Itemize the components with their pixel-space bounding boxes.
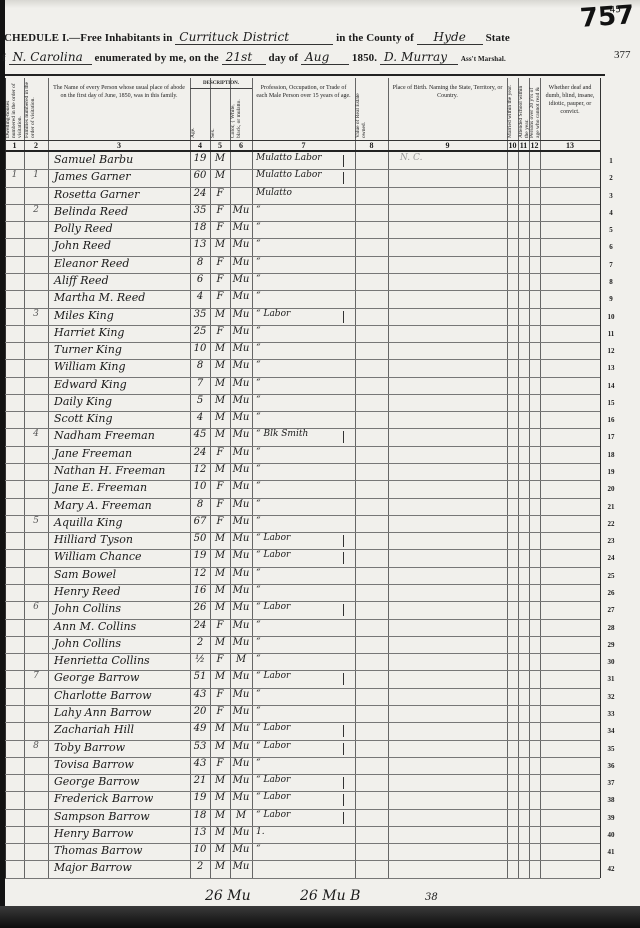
person-name: Toby Barrow <box>54 741 190 754</box>
column-number-5: 5 <box>210 141 230 150</box>
line-number: 38 <box>600 796 622 804</box>
person-name: Jane E. Freeman <box>54 481 190 494</box>
table-row: Edward King7MMu“ <box>5 377 600 394</box>
occupation-value: “ <box>256 758 355 768</box>
tally-mark <box>343 311 344 323</box>
footer-tally-3: 38 <box>425 892 438 903</box>
color-value: Mu <box>230 464 252 475</box>
column-number-8: 8 <box>355 141 388 150</box>
occupation-value: Mulatto <box>256 188 355 198</box>
column-number-9: 9 <box>388 141 507 150</box>
line-number: 11 <box>600 330 622 338</box>
scan-bottom-edge <box>0 906 640 928</box>
person-name: Mary A. Freeman <box>54 499 190 512</box>
age-value: 7 <box>190 378 210 389</box>
age-value: 53 <box>190 741 210 752</box>
sex-value: F <box>210 758 230 769</box>
table-row: Jane Freeman24FMu“ <box>5 446 600 463</box>
column-header-12: Persons over 20 y'rs of age who cannot r… <box>529 80 540 138</box>
age-value: 6 <box>190 274 210 285</box>
sex-value: F <box>210 205 230 216</box>
age-value: 2 <box>190 637 210 648</box>
table-row: Polly Reed18FMu“ <box>5 221 600 238</box>
table-row: Aliff Reed6FMu“ <box>5 273 600 290</box>
line-number: 21 <box>600 503 622 511</box>
color-value: Mu <box>230 706 252 717</box>
tally-mark <box>343 535 344 547</box>
tally-mark <box>343 172 344 184</box>
footer-tally-2: 26 Mu B <box>300 888 360 904</box>
age-value: 24 <box>190 188 210 199</box>
person-name: Daily King <box>54 395 190 408</box>
sex-value: M <box>210 533 230 544</box>
sex-value: M <box>210 412 230 423</box>
sex-value: F <box>210 516 230 527</box>
line-number: 34 <box>600 727 622 735</box>
sex-value: M <box>210 395 230 406</box>
tally-mark <box>343 725 344 737</box>
line-number: 19 <box>600 468 622 476</box>
line-number: 31 <box>600 675 622 683</box>
age-value: 18 <box>190 222 210 233</box>
tally-mark <box>343 604 344 616</box>
line-number: 3 <box>600 192 622 200</box>
table-row: Tovisa Barrow43FMu“ <box>5 757 600 774</box>
age-value: 35 <box>190 205 210 216</box>
sex-value: M <box>210 239 230 250</box>
occupation-value: “ Labor <box>256 671 355 681</box>
occupation-value: “ <box>256 360 355 370</box>
sex-value: M <box>210 343 230 354</box>
color-value: Mu <box>230 239 252 250</box>
age-value: 50 <box>190 533 210 544</box>
age-value: 16 <box>190 585 210 596</box>
occupation-value: “ Labor <box>256 775 355 785</box>
sex-value: M <box>210 671 230 682</box>
occupation-value: 1. <box>256 827 355 837</box>
table-row: Martha M. Reed4FMu“ <box>5 290 600 307</box>
row-rule <box>5 878 600 879</box>
person-name: John Reed <box>54 239 190 252</box>
table-row: Ann M. Collins24FMu“ <box>5 619 600 636</box>
age-value: 19 <box>190 792 210 803</box>
person-name: Scott King <box>54 412 190 425</box>
sex-value: F <box>210 706 230 717</box>
table-row: Jane E. Freeman10FMu“ <box>5 480 600 497</box>
age-value: ½ <box>190 654 210 665</box>
occupation-value: “ <box>256 585 355 595</box>
table-row: John Collins2MMu“ <box>5 636 600 653</box>
occupation-value: Mulatto Labor <box>256 153 355 163</box>
sex-value: M <box>210 378 230 389</box>
age-value: 10 <box>190 481 210 492</box>
person-name: Miles King <box>54 309 190 322</box>
table-row: Frederick Barrow19MMu“ Labor <box>5 791 600 808</box>
sex-value: F <box>210 499 230 510</box>
table-row: Samuel Barbu19MMulatto LaborN. C. <box>5 152 600 169</box>
color-value: Mu <box>230 395 252 406</box>
line-number: 29 <box>600 641 622 649</box>
color-value: Mu <box>230 516 252 527</box>
table-row: Henry Reed16MMu“ <box>5 584 600 601</box>
person-name: Henrietta Collins <box>54 654 190 667</box>
age-value: 67 <box>190 516 210 527</box>
occupation-value: “ <box>256 291 355 301</box>
table-row: William Chance19MMu“ Labor <box>5 549 600 566</box>
table-row: Sampson Barrow18MM“ Labor <box>5 809 600 826</box>
table-row: 2Belinda Reed35FMu“ <box>5 204 600 221</box>
person-name: Harriet King <box>54 326 190 339</box>
color-value: Mu <box>230 775 252 786</box>
color-value: Mu <box>230 360 252 371</box>
column-number-11: 11 <box>518 141 529 150</box>
sex-value: M <box>210 568 230 579</box>
tally-mark <box>343 812 344 824</box>
family-number: 5 <box>24 516 48 526</box>
color-value: Mu <box>230 861 252 872</box>
column-number-6: 6 <box>230 141 252 150</box>
color-value: Mu <box>230 671 252 682</box>
footer-tally-1: 26 Mu <box>205 888 251 904</box>
color-value: Mu <box>230 326 252 337</box>
age-value: 13 <box>190 827 210 838</box>
occupation-value: “ <box>256 326 355 336</box>
table-row: Hilliard Tyson50MMu“ Labor <box>5 532 600 549</box>
age-value: 45 <box>190 429 210 440</box>
tally-mark <box>343 431 344 443</box>
occupation-value: Mulatto Labor <box>256 170 355 180</box>
color-value: Mu <box>230 378 252 389</box>
age-value: 12 <box>190 568 210 579</box>
table-row: Major Barrow2MMu <box>5 860 600 877</box>
age-value: 25 <box>190 326 210 337</box>
occupation-value: “ <box>256 637 355 647</box>
family-number: 3 <box>24 309 48 319</box>
sex-value: M <box>210 810 230 821</box>
color-value: Mu <box>230 257 252 268</box>
table-row: 3Miles King35MMu“ Labor <box>5 308 600 325</box>
occupation-value: “ <box>256 706 355 716</box>
tally-mark <box>343 155 344 167</box>
column-header-2: Families numbered in the order of visita… <box>24 80 48 138</box>
table-row: 8Toby Barrow53MMu“ Labor <box>5 740 600 757</box>
color-value: Mu <box>230 741 252 752</box>
occupation-value: “ Labor <box>256 309 355 319</box>
line-number: 8 <box>600 278 622 286</box>
line-number: 32 <box>600 693 622 701</box>
person-name: Frederick Barrow <box>54 792 190 805</box>
occupation-value: “ Labor <box>256 810 355 820</box>
dwelling-number: 1 <box>5 170 24 180</box>
line-number: 12 <box>600 347 622 355</box>
sex-value: F <box>210 291 230 302</box>
person-name: John Collins <box>54 602 190 615</box>
family-number: 6 <box>24 602 48 612</box>
column-number-4: 4 <box>190 141 210 150</box>
column-number-7: 7 <box>252 141 355 150</box>
color-value: Mu <box>230 792 252 803</box>
occupation-value: “ Labor <box>256 533 355 543</box>
occupation-value: “ <box>256 257 355 267</box>
color-value: Mu <box>230 689 252 700</box>
color-value: Mu <box>230 447 252 458</box>
occupation-value: “ <box>256 205 355 215</box>
line-number: 41 <box>600 848 622 856</box>
occupation-value: “ <box>256 620 355 630</box>
line-number: 36 <box>600 762 622 770</box>
line-number: 22 <box>600 520 622 528</box>
person-name: Eleanor Reed <box>54 257 190 270</box>
line-number: 10 <box>600 313 622 321</box>
table-row: 11James Garner60MMulatto Labor <box>5 169 600 186</box>
table-row: Rosetta Garner24FMulatto <box>5 187 600 204</box>
tally-mark <box>343 743 344 755</box>
age-value: 8 <box>190 360 210 371</box>
occupation-value: “ Labor <box>256 792 355 802</box>
table-row: 5Aquilla King67FMu“ <box>5 515 600 532</box>
age-value: 24 <box>190 620 210 631</box>
age-value: 2 <box>190 861 210 872</box>
age-value: 43 <box>190 758 210 769</box>
table-row: George Barrow21MMu“ Labor <box>5 774 600 791</box>
sex-value: F <box>210 481 230 492</box>
color-value: Mu <box>230 481 252 492</box>
occupation-value: “ Labor <box>256 602 355 612</box>
sex-value: M <box>210 741 230 752</box>
sex-value: M <box>210 637 230 648</box>
color-value: Mu <box>230 291 252 302</box>
age-value: 49 <box>190 723 210 734</box>
census-table: DESCRIPTION.Dwelling-houses numbered in … <box>0 0 640 928</box>
person-name: Henry Reed <box>54 585 190 598</box>
line-number: 23 <box>600 537 622 545</box>
person-name: Aliff Reed <box>54 274 190 287</box>
family-number: 4 <box>24 429 48 439</box>
column-header-8: Value of Real Estate owned. <box>355 80 388 138</box>
column-number-10: 10 <box>507 141 518 150</box>
line-number: 30 <box>600 658 622 666</box>
person-name: George Barrow <box>54 671 190 684</box>
table-row: Thomas Barrow10MMu“ <box>5 843 600 860</box>
column-header-6: Color, { White, black, or mulatto. <box>230 90 252 138</box>
line-number: 37 <box>600 779 622 787</box>
color-value: Mu <box>230 533 252 544</box>
column-header-10: Married within the year. <box>507 80 518 138</box>
description-header: DESCRIPTION. <box>190 80 252 88</box>
family-number: 1 <box>24 170 48 180</box>
person-name: William King <box>54 360 190 373</box>
occupation-value: “ <box>256 654 355 664</box>
line-number: 24 <box>600 554 622 562</box>
age-value: 60 <box>190 170 210 181</box>
tally-mark <box>343 552 344 564</box>
person-name: Sampson Barrow <box>54 810 190 823</box>
line-number: 20 <box>600 485 622 493</box>
age-value: 5 <box>190 395 210 406</box>
color-value: Mu <box>230 844 252 855</box>
age-value: 26 <box>190 602 210 613</box>
age-value: 20 <box>190 706 210 717</box>
table-row: Zachariah Hill49MMu“ Labor <box>5 722 600 739</box>
age-value: 21 <box>190 775 210 786</box>
person-name: Sam Bowel <box>54 568 190 581</box>
line-number: 14 <box>600 382 622 390</box>
color-value: Mu <box>230 550 252 561</box>
line-number: 18 <box>600 451 622 459</box>
column-number-13: 13 <box>540 141 600 150</box>
color-value: Mu <box>230 827 252 838</box>
age-value: 4 <box>190 291 210 302</box>
color-value: Mu <box>230 602 252 613</box>
color-value: Mu <box>230 429 252 440</box>
color-value: Mu <box>230 585 252 596</box>
occupation-value: “ <box>256 378 355 388</box>
occupation-value: “ Labor <box>256 741 355 751</box>
table-row: Sam Bowel12MMu“ <box>5 567 600 584</box>
person-name: Nathan H. Freeman <box>54 464 190 477</box>
person-name: Hilliard Tyson <box>54 533 190 546</box>
sex-value: M <box>210 153 230 164</box>
column-number-3: 3 <box>48 141 190 150</box>
line-number: 4 <box>600 209 622 217</box>
age-value: 18 <box>190 810 210 821</box>
column-number-2: 2 <box>24 141 48 150</box>
color-value: Mu <box>230 499 252 510</box>
line-number: 17 <box>600 433 622 441</box>
line-number: 27 <box>600 606 622 614</box>
line-number: 5 <box>600 226 622 234</box>
line-number: 39 <box>600 814 622 822</box>
table-row: Charlotte Barrow43FMu“ <box>5 688 600 705</box>
birthplace-value: N. C. <box>400 153 507 163</box>
sex-value: M <box>210 309 230 320</box>
table-row: William King8MMu“ <box>5 359 600 376</box>
line-number: 35 <box>600 745 622 753</box>
occupation-value: “ Blk Smith <box>256 429 355 439</box>
occupation-value: “ <box>256 343 355 353</box>
table-row: Scott King4MMu“ <box>5 411 600 428</box>
age-value: 10 <box>190 844 210 855</box>
table-row: 7George Barrow51MMu“ Labor <box>5 670 600 687</box>
age-value: 19 <box>190 550 210 561</box>
age-value: 8 <box>190 499 210 510</box>
sex-value: M <box>210 585 230 596</box>
color-value: Mu <box>230 637 252 648</box>
sex-value: M <box>210 550 230 561</box>
person-name: Tovisa Barrow <box>54 758 190 771</box>
occupation-value: “ <box>256 222 355 232</box>
line-number: 40 <box>600 831 622 839</box>
color-value: Mu <box>230 412 252 423</box>
column-header-1: Dwelling-houses numbered in the order of… <box>5 80 24 138</box>
tally-mark <box>343 794 344 806</box>
line-number: 15 <box>600 399 622 407</box>
person-name: William Chance <box>54 550 190 563</box>
occupation-value: “ Labor <box>256 550 355 560</box>
sex-value: M <box>210 170 230 181</box>
color-value: Mu <box>230 222 252 233</box>
person-name: Martha M. Reed <box>54 291 190 304</box>
table-row: Henry Barrow13MMu1. <box>5 826 600 843</box>
line-number: 7 <box>600 261 622 269</box>
person-name: Zachariah Hill <box>54 723 190 736</box>
person-name: James Garner <box>54 170 190 183</box>
sex-value: M <box>210 775 230 786</box>
color-value: Mu <box>230 758 252 769</box>
sex-value: F <box>210 188 230 199</box>
age-value: 13 <box>190 239 210 250</box>
age-value: 8 <box>190 257 210 268</box>
sex-value: F <box>210 689 230 700</box>
sex-value: M <box>210 861 230 872</box>
table-row: Eleanor Reed8FMu“ <box>5 256 600 273</box>
sex-value: F <box>210 222 230 233</box>
table-row: Harriet King25FMu“ <box>5 325 600 342</box>
column-number-12: 12 <box>529 141 540 150</box>
color-value: Mu <box>230 620 252 631</box>
occupation-value: “ Labor <box>256 723 355 733</box>
sex-value: M <box>210 792 230 803</box>
occupation-value: “ <box>256 274 355 284</box>
sex-value: F <box>210 447 230 458</box>
line-number: 6 <box>600 243 622 251</box>
person-name: Henry Barrow <box>54 827 190 840</box>
sex-value: F <box>210 257 230 268</box>
sex-value: F <box>210 620 230 631</box>
color-value: Mu <box>230 274 252 285</box>
age-value: 43 <box>190 689 210 700</box>
person-name: Thomas Barrow <box>54 844 190 857</box>
sex-value: M <box>210 844 230 855</box>
color-value: M <box>230 810 252 821</box>
sex-value: F <box>210 274 230 285</box>
age-value: 35 <box>190 309 210 320</box>
line-number: 2 <box>600 174 622 182</box>
color-value: Mu <box>230 568 252 579</box>
person-name: Polly Reed <box>54 222 190 235</box>
age-value: 51 <box>190 671 210 682</box>
table-row: Nathan H. Freeman12MMu“ <box>5 463 600 480</box>
table-row: Henrietta Collins½FM“ <box>5 653 600 670</box>
table-row: Lahy Ann Barrow20FMu“ <box>5 705 600 722</box>
person-name: Rosetta Garner <box>54 188 190 201</box>
person-name: Belinda Reed <box>54 205 190 218</box>
occupation-value: “ <box>256 412 355 422</box>
color-value: Mu <box>230 723 252 734</box>
age-value: 12 <box>190 464 210 475</box>
line-number: 33 <box>600 710 622 718</box>
line-number: 16 <box>600 416 622 424</box>
occupation-value: “ <box>256 516 355 526</box>
age-value: 4 <box>190 412 210 423</box>
person-name: Samuel Barbu <box>54 153 190 166</box>
line-number: 1 <box>600 157 622 165</box>
person-name: Jane Freeman <box>54 447 190 460</box>
occupation-value: “ <box>256 481 355 491</box>
person-name: Edward King <box>54 378 190 391</box>
sex-value: M <box>210 464 230 475</box>
column-header-5: Sex. <box>210 90 230 138</box>
age-value: 10 <box>190 343 210 354</box>
age-value: 24 <box>190 447 210 458</box>
person-name: Lahy Ann Barrow <box>54 706 190 719</box>
sex-value: F <box>210 326 230 337</box>
table-row: John Reed13MMu“ <box>5 238 600 255</box>
line-number: 9 <box>600 295 622 303</box>
color-value: M <box>230 654 252 665</box>
occupation-value: “ <box>256 689 355 699</box>
table-row: Daily King5MMu“ <box>5 394 600 411</box>
